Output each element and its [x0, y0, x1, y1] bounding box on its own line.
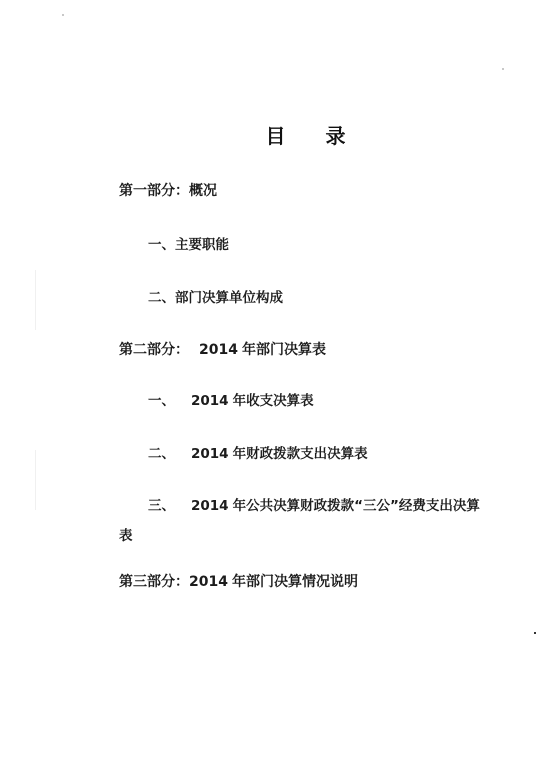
scan-speck	[62, 14, 64, 16]
item-text: 部门决算单位构成	[175, 290, 283, 306]
scan-artifact	[35, 450, 36, 510]
toc-part-2: 第二部分：2014年部门决算表	[119, 339, 326, 359]
item-year: 2014	[191, 393, 229, 409]
toc-title: 目录	[0, 120, 553, 149]
item-text: 年财政拨款支出决算表	[233, 446, 368, 462]
scan-speck	[534, 632, 536, 634]
item-year: 2014	[191, 498, 229, 514]
part-prefix: 第三部分：	[119, 574, 189, 590]
part-text: 年部门决算情况说明	[232, 574, 358, 590]
document-page: 目录 第一部分：概况 一、主要职能 二、部门决算单位构成 第二部分：2014年部…	[0, 0, 553, 761]
toc-item-1-2: 二、部门决算单位构成	[148, 286, 283, 306]
scan-speck	[502, 68, 504, 70]
item-text: 年公共决算财政拨款“三公”经费支出决算	[233, 498, 480, 514]
toc-part-1: 第一部分：概况	[119, 180, 217, 200]
item-marker: 二、	[148, 446, 175, 462]
item-text: 主要职能	[175, 237, 229, 253]
toc-item-1-1: 一、主要职能	[148, 233, 229, 253]
item-year: 2014	[191, 446, 229, 462]
part-year: 2014	[189, 574, 228, 590]
toc-title-char-1: 目	[266, 120, 286, 149]
toc-part-3: 第三部分：2014年部门决算情况说明	[119, 571, 358, 591]
part-year: 2014	[199, 342, 238, 358]
scan-artifact	[35, 270, 36, 330]
toc-title-char-2: 录	[326, 120, 346, 149]
toc-part-1-label: 第一部分：概况	[119, 183, 217, 199]
toc-item-2-3: 三、2014年公共决算财政拨款“三公”经费支出决算	[148, 494, 480, 514]
item-marker: 三、	[148, 498, 175, 514]
part-text: 年部门决算表	[242, 342, 326, 358]
toc-item-2-1: 一、2014年收支决算表	[148, 389, 314, 409]
toc-item-2-2: 二、2014年财政拨款支出决算表	[148, 442, 368, 462]
item-marker: 一、	[148, 393, 175, 409]
item-text: 年收支决算表	[233, 393, 314, 409]
item-marker: 二、	[148, 290, 175, 306]
item-marker: 一、	[148, 237, 175, 253]
toc-item-2-3-continuation: 表	[119, 524, 133, 544]
part-prefix: 第二部分：	[119, 342, 189, 358]
